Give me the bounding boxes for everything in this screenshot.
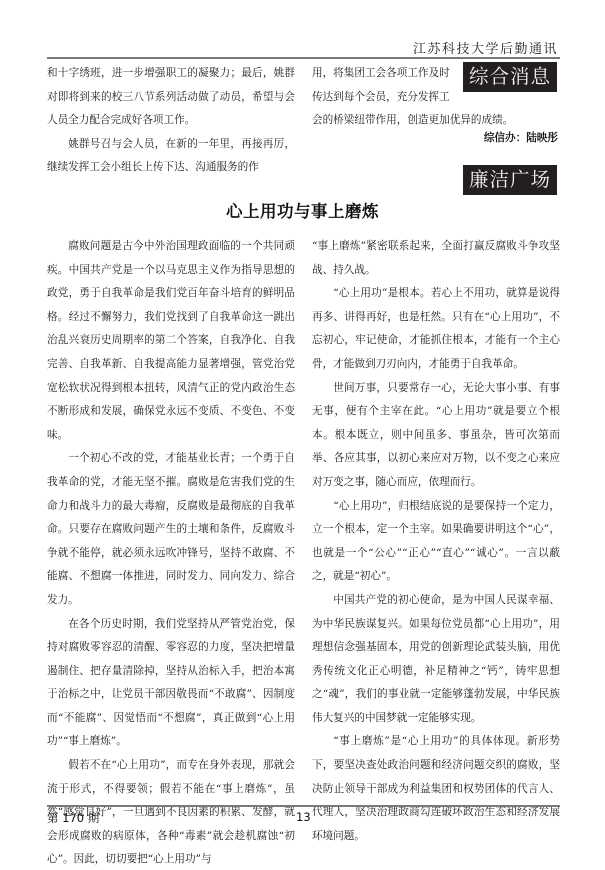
article-paragraph: 一个初心不改的党，才能基业长青；一个勇于自我革命的党，才能无坚不摧。腐败是危害我… [47,447,295,612]
section-tag-integrity: 廉洁广场 [463,165,557,195]
prev-article-paragraph: 和十字绣班，进一步增强职工的凝聚力；最后，姚群对即将到来的校三八节系列活动做了动… [47,62,295,133]
footer-rule [47,805,560,807]
article-title: 心上用功与事上磨炼 [0,198,605,222]
section-tag-news: 综合消息 [463,62,557,92]
article-paragraph: “事上磨炼”是“心上用功”的具体体现。新形势下，要坚决查处政治问题和经济问题交织… [312,730,560,848]
article-paragraph: 中国共产党的初心使命，是为中国人民谋幸福、为中华民族谋复兴。如果每位党员都“心上… [312,589,560,731]
prev-article-paragraph: 姚群号召与会人员，在新的一年里，再接再厉，继续发挥工会小组长上传下达、沟通服务的… [47,133,295,180]
header-rule [47,57,560,59]
article-right-column: “事上磨炼”紧密联系起来，全面打赢反腐败斗争攻坚战、持久战。 “心上用功”是根本… [312,235,560,848]
article-paragraph: 腐败问题是古今中外治国理政面临的一个共同顽疾。中国共产党是一个以马克思主义作为指… [47,235,295,447]
prev-article-left-column: 和十字绣班，进一步增强职工的凝聚力；最后，姚群对即将到来的校三八节系列活动做了动… [47,62,295,180]
article-left-column: 腐败问题是古今中外治国理政面临的一个共同顽疾。中国共产党是一个以马克思主义作为指… [47,235,295,870]
article-paragraph: “心上用功”是根本。若心上不用功，就算是说得再多、讲得再好，也是枉然。只有在“心… [312,282,560,376]
page-number: 13 [296,810,311,824]
article-paragraph: “事上磨炼”紧密联系起来，全面打赢反腐败斗争攻坚战、持久战。 [312,235,560,282]
article-paragraph: 在各个历史时期，我们党坚持从严管党治党，保持对腐败零容忍的清醒、零容忍的力度，坚… [47,613,295,755]
article-paragraph: “心上用功”，归根结底说的是要保持一个定力，立一个根本，定一个主宰。如果确要讲明… [312,495,560,589]
prev-article-byline: 综信办：陆映彤 [484,127,558,151]
issue-number: 第 170 期 [47,810,99,826]
publication-title: 江苏科技大学后勤通讯 [413,38,558,57]
article-paragraph: 世间万事，只要常存一心，无论大事小事、有事无事，便有个主宰在此。“心上用功”就是… [312,377,560,495]
